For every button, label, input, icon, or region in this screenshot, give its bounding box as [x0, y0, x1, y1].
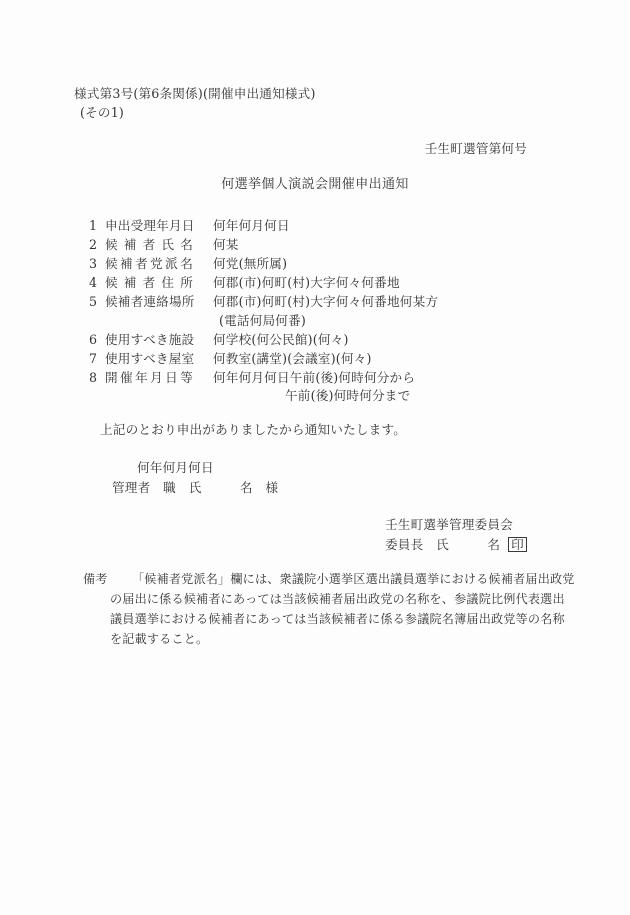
- item-row-4: 4候補者住所何郡(市)何町(村)大字何々何番地: [89, 276, 400, 290]
- item-label: 候補者氏名: [105, 238, 193, 252]
- item-row-5: 5候補者連絡場所何郡(市)何町(村)大字何々何番地何某方: [89, 295, 438, 309]
- item-number: 5: [89, 295, 105, 309]
- item-number: 1: [89, 219, 105, 233]
- item-row-8: 8開催年月日等何年何月何日午前(後)何時何分から: [89, 371, 415, 385]
- item-label: 候補者党派名: [105, 257, 193, 271]
- seal-mark: 印: [508, 537, 527, 552]
- item-label: 使用すべき屋室: [105, 352, 193, 366]
- item-row-1: 1申出受理年月日何年何月何日: [89, 219, 290, 233]
- item-value: 何某: [213, 237, 239, 252]
- item-row-6: 6使用すべき施設何学校(何公民館)(何々): [89, 333, 349, 347]
- item-label: 開催年月日等: [105, 371, 193, 385]
- remarks-line-2: の届出に係る候補者にあっては当該候補者届出政党の名称を、参議院比例代表選出: [110, 593, 565, 607]
- item-row-2: 2候補者氏名何某: [89, 238, 239, 252]
- item-number: 8: [89, 371, 105, 385]
- document-title: 何選挙個人演説会開催申出通知: [0, 178, 630, 193]
- item-value: 何郡(市)何町(村)大字何々何番地: [213, 275, 400, 290]
- document-page: 様式第3号(第6条関係)(開催申出通知様式) (その1) 壬生町選管第何号 何選…: [0, 0, 630, 915]
- date-line: 何年何月何日: [137, 461, 214, 475]
- closing-sentence: 上記のとおり申出がありましたから通知いたします。: [100, 423, 406, 437]
- remarks-label: 備考: [83, 573, 108, 587]
- item-label: 候補者住所: [105, 276, 193, 290]
- item-value: 何郡(市)何町(村)大字何々何番地何某方: [213, 294, 438, 309]
- item-number: 6: [89, 333, 105, 347]
- remarks-line-1: 「候補者党派名」欄には、衆議院小選挙区選出議員選挙における候補者届出政党: [132, 573, 575, 587]
- item-label: 申出受理年月日: [105, 219, 193, 233]
- item-number: 7: [89, 352, 105, 366]
- item-value: 何年何月何日: [213, 218, 290, 233]
- issuer-organization: 壬生町選挙管理委員会: [385, 518, 513, 532]
- item-number: 4: [89, 276, 105, 290]
- item-row-7: 7使用すべき屋室何教室(講堂)(会議室)(何々): [89, 352, 372, 366]
- item-value: 何教室(講堂)(会議室)(何々): [213, 351, 372, 366]
- remarks-line-4: を記載すること。: [110, 633, 208, 647]
- item-number: 3: [89, 257, 105, 271]
- reference-number: 壬生町選管第何号: [425, 142, 527, 156]
- item-label: 使用すべき施設: [105, 333, 193, 347]
- addressee-line: 管理者 職 氏 名 様: [112, 481, 278, 495]
- item-value: 何年何月何日午前(後)何時何分から: [213, 370, 415, 385]
- item-5-value-line2: (電話何局何番): [219, 314, 306, 328]
- issuer-chairperson-line: 委員長 氏 名印: [385, 537, 527, 552]
- item-row-3: 3候補者党派名何党(無所属): [89, 257, 287, 271]
- form-sub-line: (その1): [80, 106, 124, 120]
- item-label: 候補者連絡場所: [105, 295, 193, 309]
- item-number: 2: [89, 238, 105, 252]
- issuer-chairperson-name: 委員長 氏 名: [385, 537, 500, 552]
- item-value: 何学校(何公民館)(何々): [213, 332, 349, 347]
- item-value: 何党(無所属): [213, 256, 287, 271]
- remarks-line-3: 議員選挙における候補者にあっては当該候補者に係る参議院名簿届出政党等の名称: [110, 613, 565, 627]
- item-8-value-line2: 午前(後)何時何分まで: [285, 389, 410, 403]
- form-number-line: 様式第3号(第6条関係)(開催申出通知様式): [74, 87, 316, 101]
